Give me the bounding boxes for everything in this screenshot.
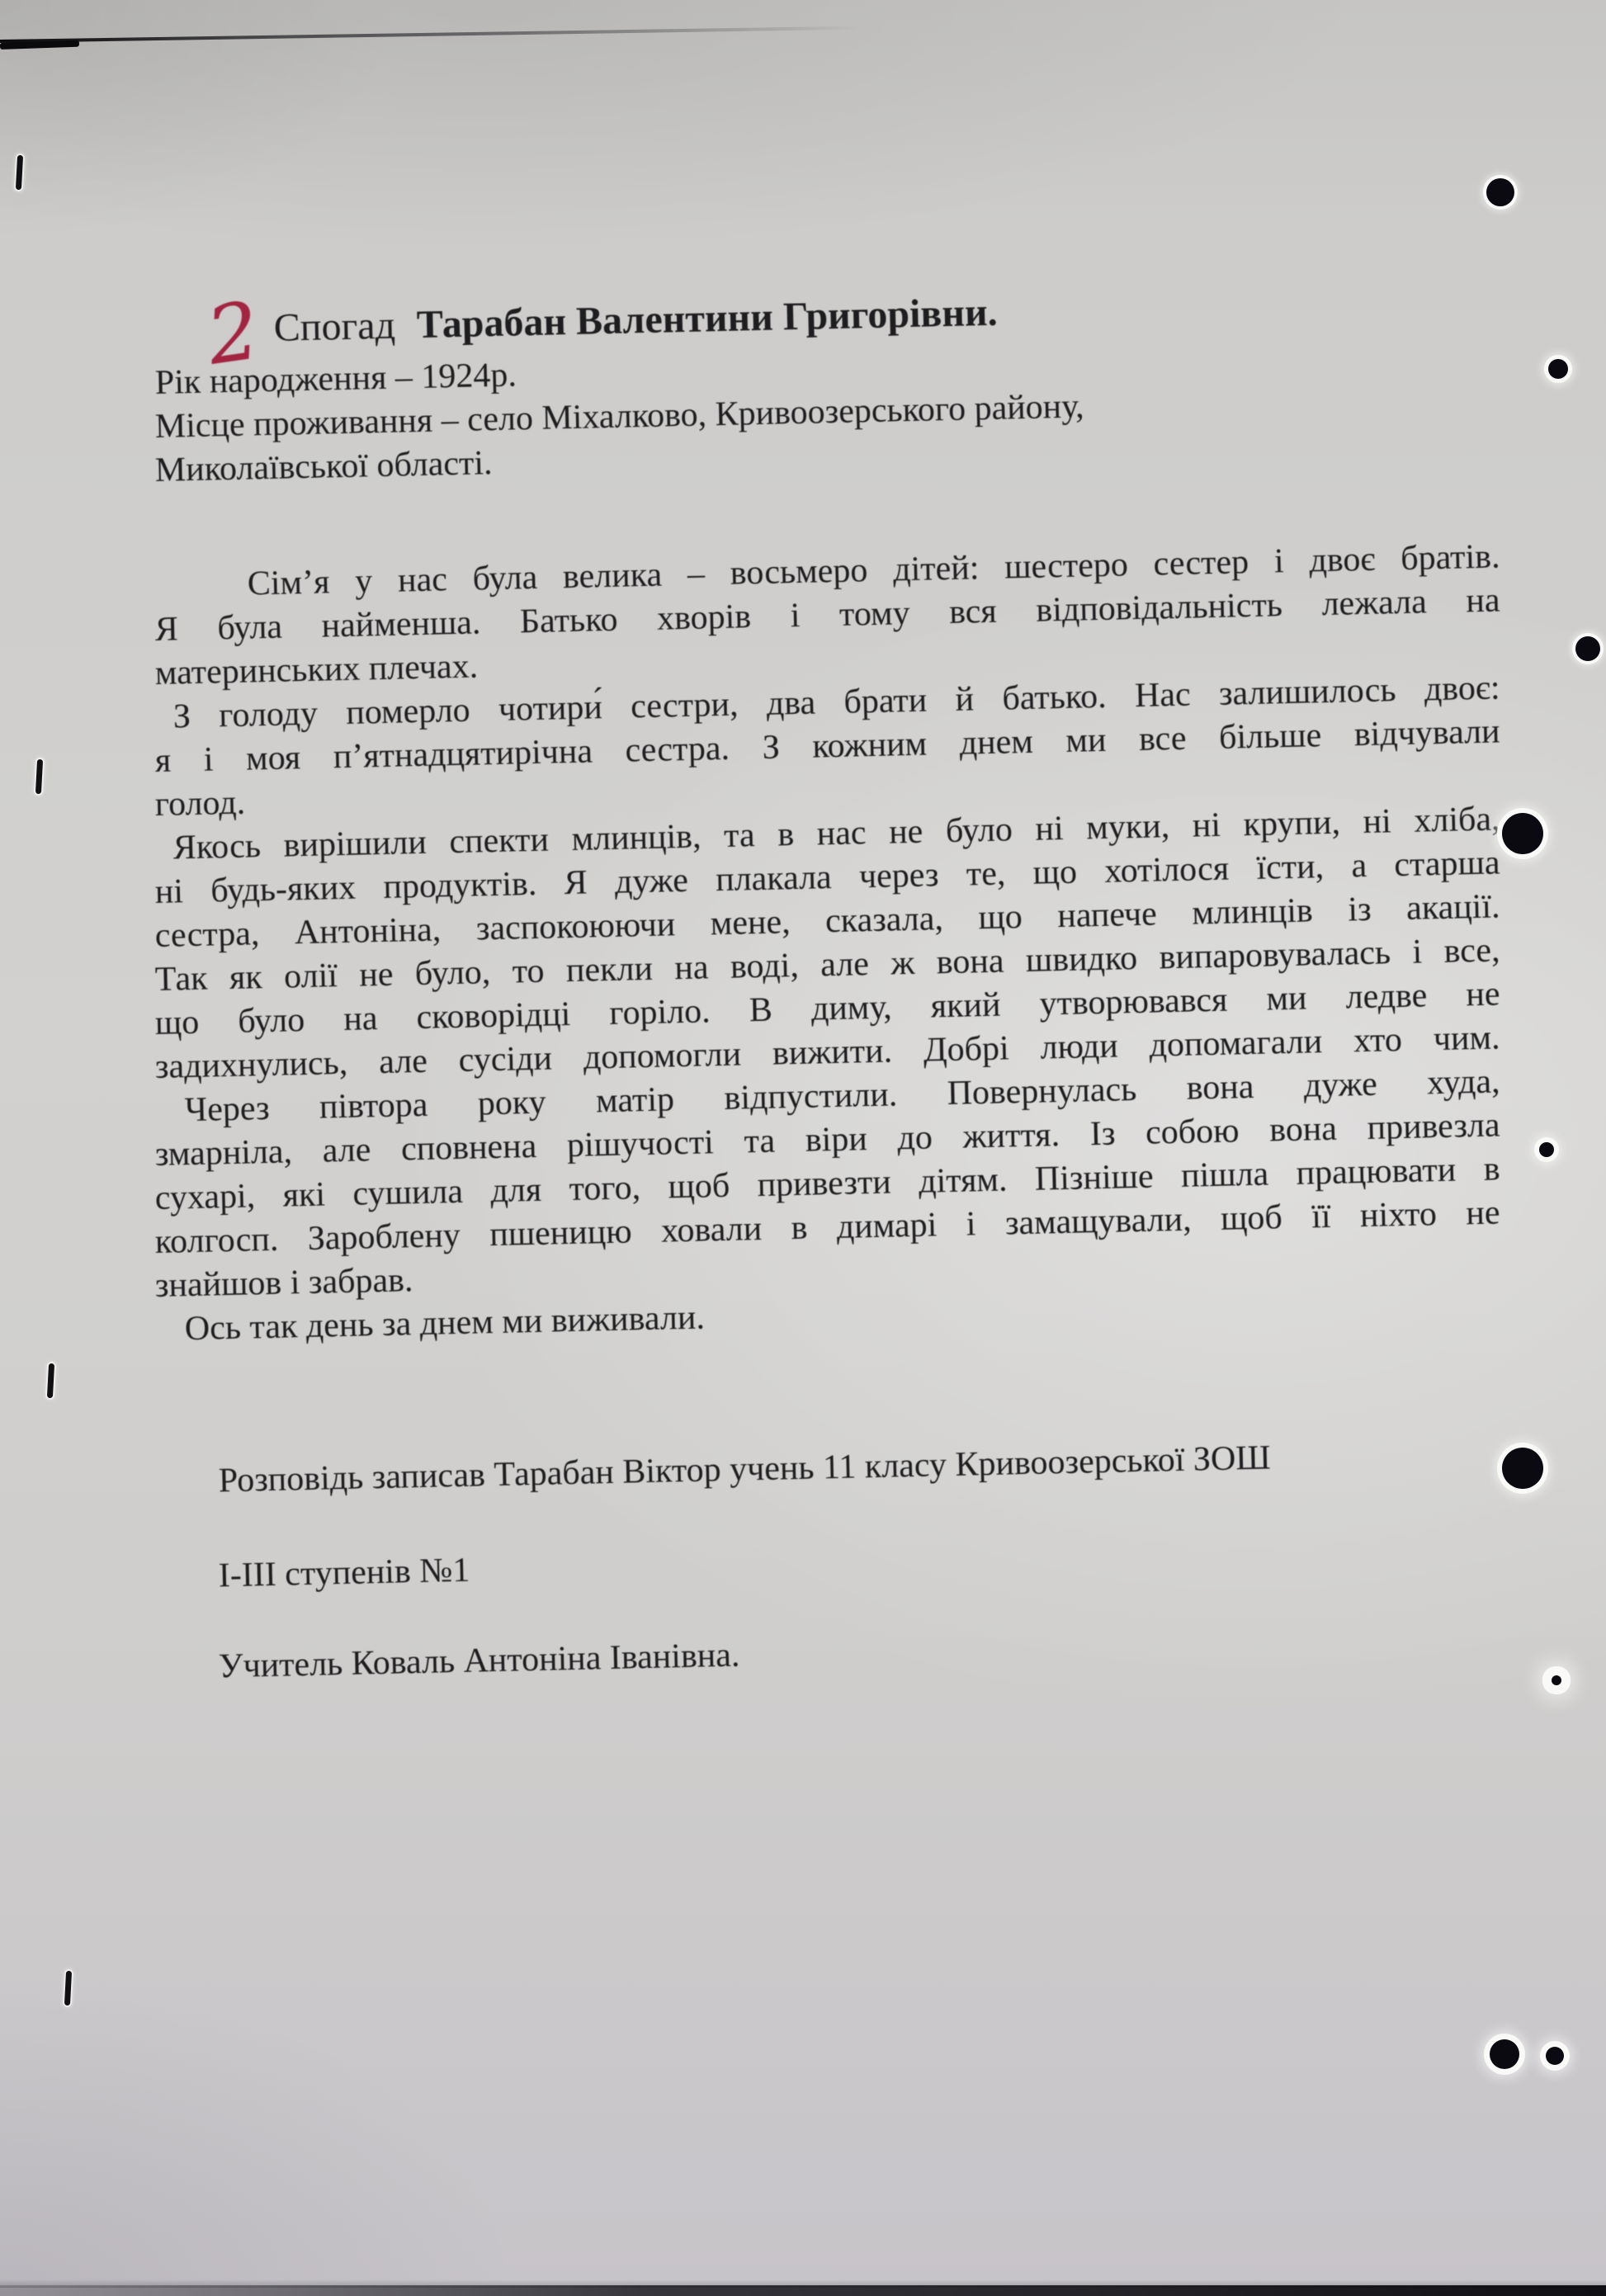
hole-punch-dot <box>1546 2047 1564 2065</box>
hole-punch-dot <box>1539 1142 1554 1157</box>
hole-punch-dot <box>1502 1448 1543 1489</box>
recorded-by-line: Розповідь записав Тарабан Віктор учень 1… <box>154 1431 1500 1505</box>
hole-punch-dot <box>1552 1675 1561 1685</box>
pen-mark <box>64 1971 72 2005</box>
document-header: 2 Спогад Тарабан Валентини Григорівни. Р… <box>155 307 1500 493</box>
hole-punch-dot <box>1575 636 1600 661</box>
memoir-title-name: Тарабан Валентини Григорівни. <box>416 291 998 347</box>
pen-mark <box>47 1363 54 1398</box>
hole-punch-dot <box>1548 359 1568 379</box>
scan-edge-shadow <box>0 2285 1606 2296</box>
hole-punch-dot <box>1486 178 1514 206</box>
document-footer: Розповідь записав Тарабан Віктор учень 1… <box>155 1461 1500 1690</box>
scan-artifact-top-line <box>0 26 908 43</box>
school-level-line: І-ІІІ ступенів №1 <box>154 1526 1500 1599</box>
hole-punch-dot <box>1502 813 1543 854</box>
pen-mark <box>35 759 43 794</box>
hole-punch-dot <box>1490 2039 1519 2069</box>
teacher-line: Учитель Коваль Антоніна Іванівна. <box>154 1617 1500 1690</box>
memoir-title-prefix: Спогад <box>273 304 395 350</box>
pen-mark <box>16 155 23 190</box>
body-paragraphs: Сім’я у нас була велика – восьмеро дітей… <box>155 565 1500 1352</box>
scanned-document-page: 2 Спогад Тарабан Валентини Григорівни. Р… <box>0 0 1606 2296</box>
